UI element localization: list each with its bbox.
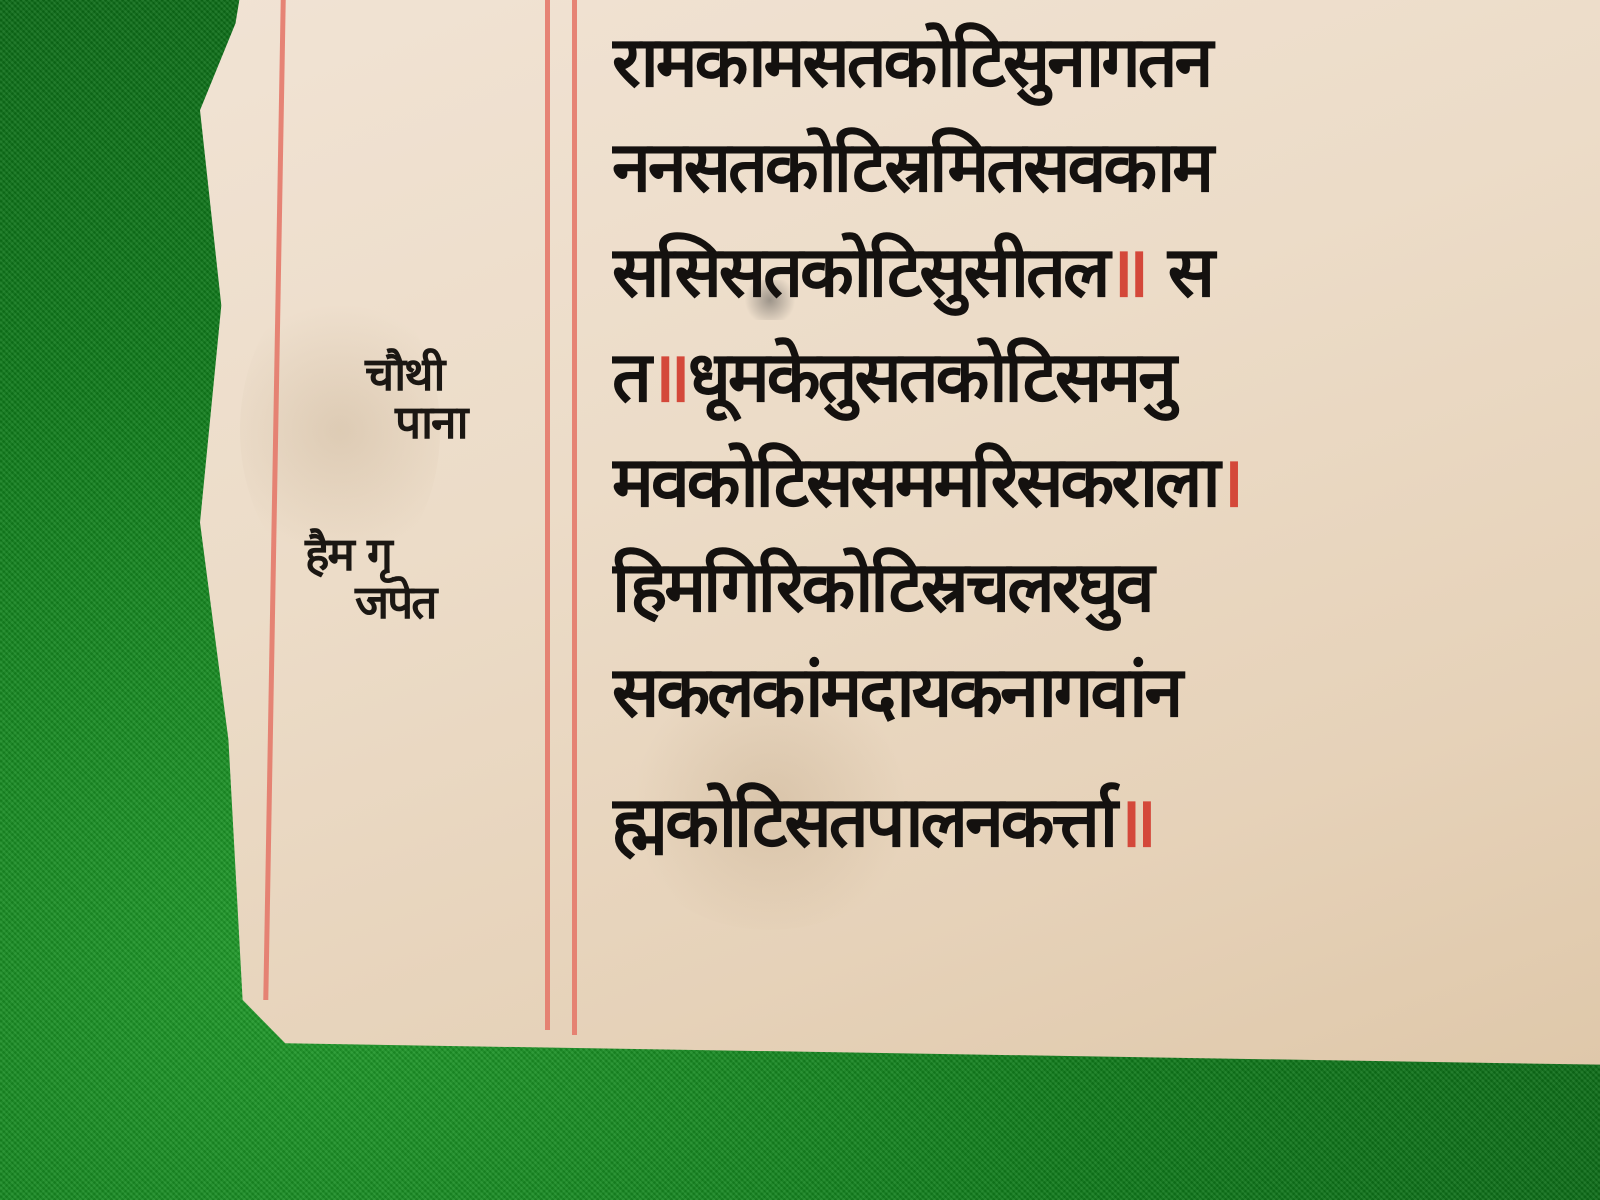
red-danda: । <box>1218 441 1242 523</box>
red-danda: ॥ <box>1115 781 1154 863</box>
text-line: रामकामसतकोटिसुनागतन <box>612 10 1600 115</box>
text-line: ननसतकोटिस्रमितसवकाम <box>612 115 1600 220</box>
margin-note-text: पाना <box>395 398 467 446</box>
margin-note-1: चौथी पाना <box>365 350 467 447</box>
margin-note-2: हैम गृ जपेत <box>305 530 435 627</box>
text-line: त॥धूमकेतुसतकोटिसमनु <box>612 325 1600 430</box>
margin-note-text: चौथी <box>365 350 467 398</box>
margin-note-text: जपेत <box>355 578 435 626</box>
text-line: सकलकांमदायकनागवांन <box>612 640 1600 745</box>
red-danda: ॥ <box>1107 231 1146 313</box>
text-line: मवकोटिससममरिसकराला। <box>612 430 1600 535</box>
text-line: ससिसतकोटिसुसीतल॥ स <box>612 220 1600 325</box>
margin-rule-inner-left <box>545 0 550 1030</box>
red-danda: ॥ <box>649 336 688 418</box>
text-line: ह्मकोटिसतपालनकर्त्ता॥ <box>612 770 1600 875</box>
manuscript-text: रामकामसतकोटिसुनागतन ननसतकोटिस्रमितसवकाम … <box>612 10 1600 875</box>
margin-note-text: हैम गृ <box>305 530 435 578</box>
text-line: हिमगिरिकोटिस्रचलरघुव <box>612 535 1600 640</box>
margin-rule-inner-right <box>572 0 577 1035</box>
